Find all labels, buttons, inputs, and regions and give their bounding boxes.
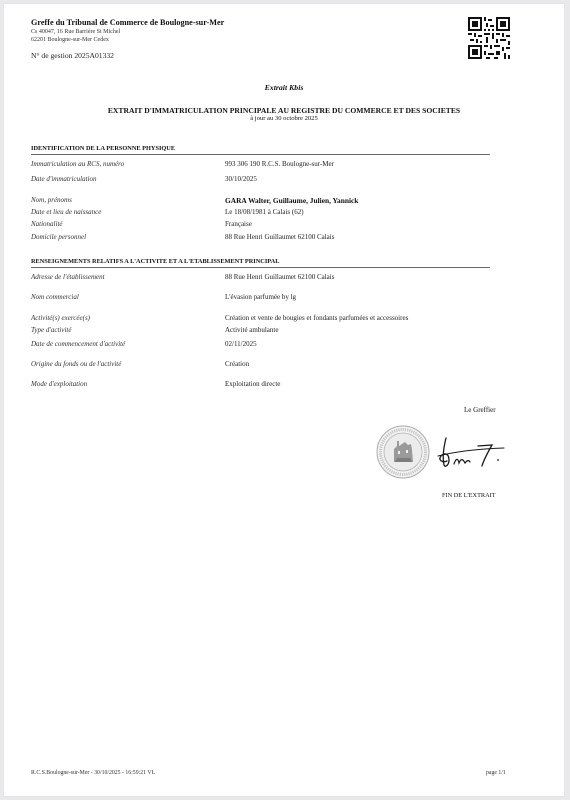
field-value: Française (225, 220, 252, 228)
document-page: Greffe du Tribunal de Commerce de Boulog… (4, 4, 564, 796)
field-label: Immatriculation au RCS, numéro (31, 160, 124, 168)
court-seal-icon (375, 424, 431, 480)
field-value: 02/11/2025 (225, 340, 257, 348)
field-label: Mode d'exploitation (31, 380, 87, 388)
field-label: Nom commercial (31, 293, 79, 301)
field-row: Domicile personnel 88 Rue Henri Guillaum… (31, 233, 511, 244)
section-divider (31, 154, 490, 155)
field-row: Date et lieu de naissance Le 18/08/1981 … (31, 208, 511, 219)
field-value: Création et vente de bougies et fondants… (225, 314, 408, 322)
field-row: Origine du fonds ou de l'activité Créati… (31, 360, 511, 371)
footer-reference: R.C.S.Boulogne-sur-Mer - 30/10/2025 - 16… (31, 770, 155, 776)
field-value: Création (225, 360, 249, 368)
field-label: Origine du fonds ou de l'activité (31, 360, 121, 368)
court-address-line2: 62201 Boulogne-sur-Mer Cedex (31, 37, 109, 43)
field-label: Adresse de l'établissement (31, 273, 105, 281)
section-title-activity: RENSEIGNEMENTS RELATIFS A L'ACTIVITE ET … (31, 258, 279, 265)
field-value: 88 Rue Henri Guillaumet 62100 Calais (225, 273, 334, 281)
field-value: GARA Walter, Guillaume, Julien, Yannick (225, 196, 358, 205)
field-row: Mode d'exploitation Exploitation directe (31, 380, 511, 391)
field-value: 88 Rue Henri Guillaumet 62100 Calais (225, 233, 334, 241)
field-value: Activité ambulante (225, 326, 278, 334)
end-of-extract: FIN DE L'EXTRAIT (442, 492, 496, 499)
page-number: page 1/1 (486, 770, 506, 776)
document-title: EXTRAIT D'IMMATRICULATION PRINCIPALE AU … (4, 106, 564, 115)
field-label: Nom, prénoms (31, 196, 72, 204)
qr-code-icon (468, 17, 510, 59)
section-divider (31, 267, 490, 268)
field-row: Nom, prénoms GARA Walter, Guillaume, Jul… (31, 196, 511, 207)
field-label: Date de commencement d'activité (31, 340, 125, 348)
document-type: Extrait Kbis (4, 83, 564, 92)
document-subtitle: à jour au 30 octobre 2025 (4, 115, 564, 122)
field-value: L'évasion parfumée by lg (225, 293, 296, 301)
signer-title: Le Greffier (464, 406, 496, 414)
field-label: Type d'activité (31, 326, 71, 334)
field-value: Le 18/08/1981 à Calais (62) (225, 208, 304, 216)
court-name: Greffe du Tribunal de Commerce de Boulog… (31, 18, 224, 27)
gestion-number: N° de gestion 2025A01332 (31, 51, 114, 60)
field-label: Date et lieu de naissance (31, 208, 101, 216)
field-row: Immatriculation au RCS, numéro 993 306 1… (31, 160, 511, 171)
field-label: Date d'immatriculation (31, 175, 96, 183)
field-label: Domicile personnel (31, 233, 86, 241)
field-value: Exploitation directe (225, 380, 280, 388)
field-row: Nationalité Française (31, 220, 511, 231)
court-address-line1: Cs 40047, 16 Rue Barrière St Michel (31, 29, 120, 35)
field-row: Nom commercial L'évasion parfumée by lg (31, 293, 511, 304)
field-value: 30/10/2025 (225, 175, 257, 183)
section-title-identification: IDENTIFICATION DE LA PERSONNE PHYSIQUE (31, 145, 175, 152)
field-row: Date de commencement d'activité 02/11/20… (31, 340, 511, 351)
field-label: Activité(s) exercée(s) (31, 314, 90, 322)
field-row: Adresse de l'établissement 88 Rue Henri … (31, 273, 511, 284)
field-row: Type d'activité Activité ambulante (31, 326, 511, 337)
field-label: Nationalité (31, 220, 63, 228)
field-row: Date d'immatriculation 30/10/2025 (31, 175, 511, 186)
field-value: 993 306 190 R.C.S. Boulogne-sur-Mer (225, 160, 334, 168)
handwritten-signature-icon (434, 432, 514, 472)
field-row: Activité(s) exercée(s) Création et vente… (31, 314, 511, 325)
